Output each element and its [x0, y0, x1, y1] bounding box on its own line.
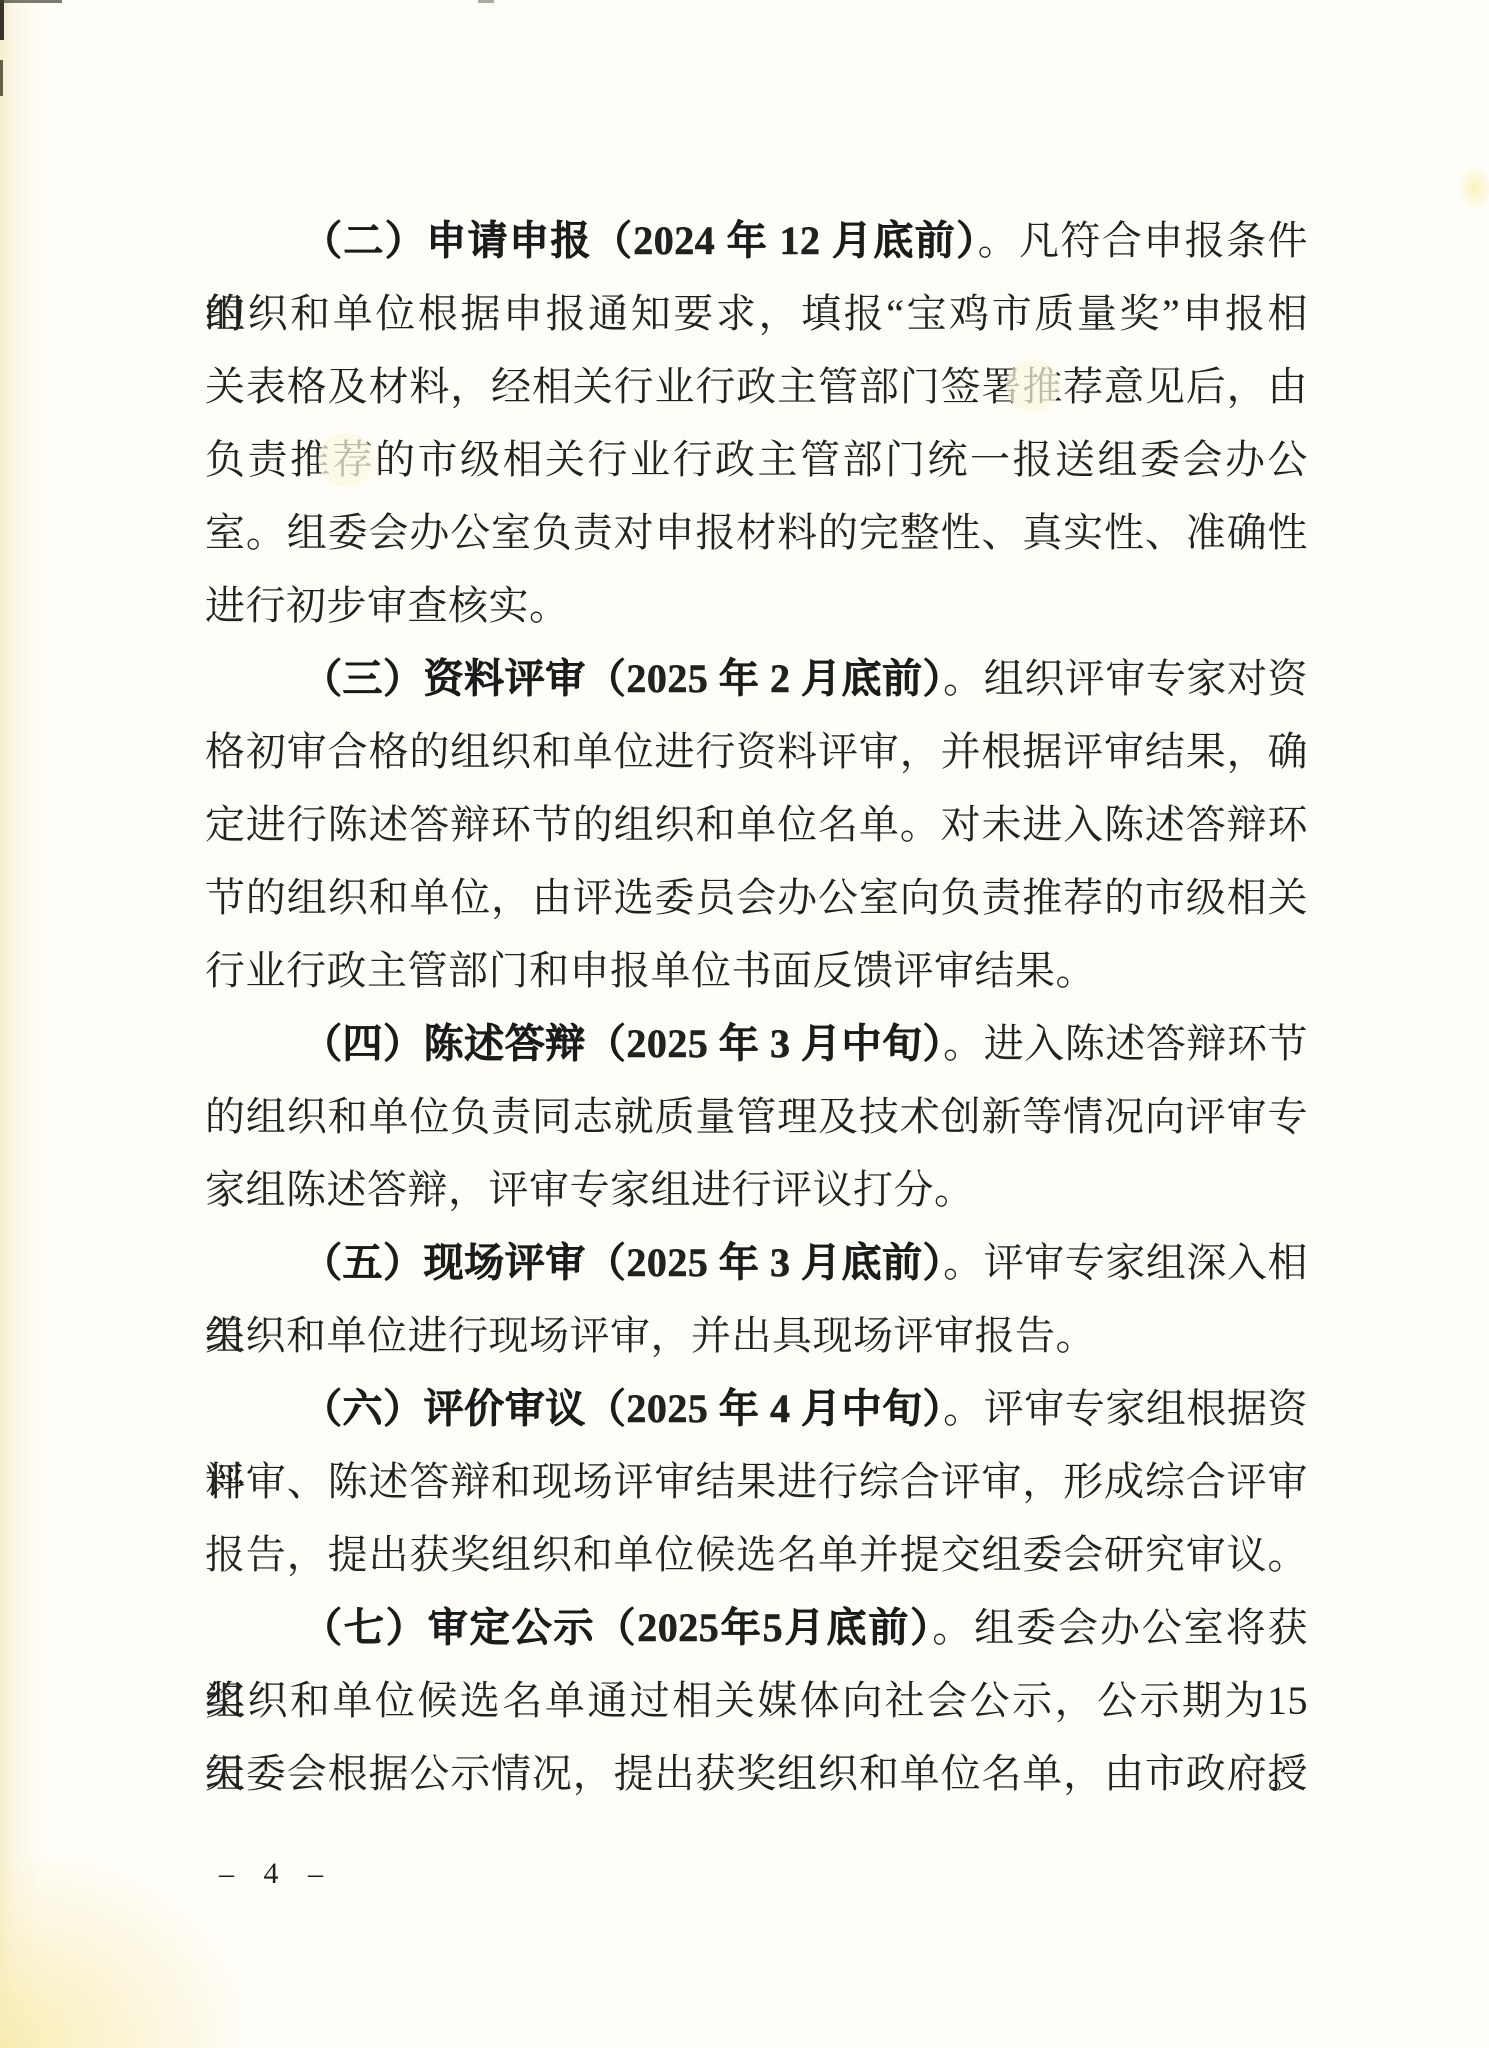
- line-text: 。组织评审专家对资: [943, 656, 1308, 701]
- text-line: 组织和单位候选名单通过相关媒体向社会公示，公示期为15天。: [205, 1664, 1308, 1737]
- line-text: 节的组织和单位，由评选委员会办公室向负责推荐的市级相关: [205, 875, 1308, 920]
- line-text: 的组织和单位负责同志就质量管理及技术创新等情况向评审专: [205, 1094, 1308, 1139]
- text-line: 组织和单位进行现场评审，并出具现场评审报告。: [205, 1299, 1308, 1372]
- text-line: （三）资料评审（2025 年 2 月底前）。组织评审专家对资: [205, 642, 1308, 715]
- line-text: 室。组委会办公室负责对申报材料的完整性、真实性、准确性: [205, 510, 1308, 555]
- scan-stain-bottom-left: [0, 1858, 240, 2048]
- line-text: 格初审合格的组织和单位进行资料评审，并根据评审结果，确: [205, 729, 1308, 774]
- section-heading: （六）评价审议（2025 年 4 月中旬）: [302, 1386, 943, 1431]
- line-text: 组织和单位根据申报通知要求，填报“宝鸡市质量奖”申报相: [205, 291, 1308, 336]
- line-text: 负责推荐的市级相关行业行政主管部门统一报送组委会办公: [205, 437, 1308, 482]
- text-line: 格初审合格的组织和单位进行资料评审，并根据评审结果，确: [205, 715, 1308, 788]
- line-text: 行业行政主管部门和申报单位书面反馈评审结果。: [205, 948, 1096, 993]
- document-body: （二）申请申报（2024 年 12 月底前）。凡符合申报条件的 组织和单位根据申…: [205, 204, 1308, 1810]
- section-heading: （二）申请申报（2024 年 12 月底前）: [302, 218, 978, 263]
- section-heading: （三）资料评审（2025 年 2 月底前）: [302, 656, 943, 701]
- text-line: （四）陈述答辩（2025 年 3 月中旬）。进入陈述答辩环节: [205, 1007, 1308, 1080]
- text-line: （五）现场评审（2025 年 3 月底前）。评审专家组深入相关: [205, 1226, 1308, 1299]
- line-text: 。进入陈述答辩环节: [943, 1021, 1308, 1066]
- text-line: （七）审定公示（2025年5月底前）。组委会办公室将获奖: [205, 1591, 1308, 1664]
- scan-mark-top-edge: [0, 0, 62, 3]
- line-text: 组织和单位进行现场评审，并出具现场评审报告。: [205, 1313, 1096, 1358]
- line-text: 评审、陈述答辩和现场评审结果进行综合评审，形成综合评审: [205, 1459, 1308, 1504]
- section-heading: （五）现场评审（2025 年 3 月底前）: [302, 1240, 943, 1285]
- text-line: 行业行政主管部门和申报单位书面反馈评审结果。: [205, 934, 1308, 1007]
- section-heading: （七）审定公示（2025年5月底前）: [302, 1605, 932, 1650]
- text-line: （六）评价审议（2025 年 4 月中旬）。评审专家组根据资料: [205, 1372, 1308, 1445]
- text-line: 的组织和单位负责同志就质量管理及技术创新等情况向评审专: [205, 1080, 1308, 1153]
- scan-smudge-top-right: [1458, 166, 1489, 210]
- text-line: （二）申请申报（2024 年 12 月底前）。凡符合申报条件的: [205, 204, 1308, 277]
- text-line: 评审、陈述答辩和现场评审结果进行综合评审，形成综合评审: [205, 1445, 1308, 1518]
- scan-mark-left-edge: [0, 60, 3, 96]
- page-number: – 4 –: [219, 1854, 325, 1894]
- line-text: 组委会根据公示情况，提出获奖组织和单位名单，由市政府授: [205, 1751, 1308, 1796]
- text-line: 家组陈述答辩，评审专家组进行评议打分。: [205, 1153, 1308, 1226]
- text-line: 室。组委会办公室负责对申报材料的完整性、真实性、准确性: [205, 496, 1308, 569]
- line-text: 家组陈述答辩，评审专家组进行评议打分。: [205, 1167, 975, 1212]
- text-line: 关表格及材料，经相关行业行政主管部门签署推荐意见后，由: [205, 350, 1308, 423]
- scan-speck-top: [478, 0, 494, 3]
- text-line: 负责推荐的市级相关行业行政主管部门统一报送组委会办公: [205, 423, 1308, 496]
- text-line: 组织和单位根据申报通知要求，填报“宝鸡市质量奖”申报相: [205, 277, 1308, 350]
- text-line: 报告，提出获奖组织和单位候选名单并提交组委会研究审议。: [205, 1518, 1308, 1591]
- text-line: 定进行陈述答辩环节的组织和单位名单。对未进入陈述答辩环: [205, 788, 1308, 861]
- line-text: 进行初步审查核实。: [205, 583, 570, 628]
- text-line: 组委会根据公示情况，提出获奖组织和单位名单，由市政府授: [205, 1737, 1308, 1810]
- scan-mark-top-left: [0, 0, 4, 40]
- section-heading: （四）陈述答辩（2025 年 3 月中旬）: [302, 1021, 943, 1066]
- line-text: 报告，提出获奖组织和单位候选名单并提交组委会研究审议。: [205, 1532, 1308, 1577]
- scan-edge-tint-left: [0, 0, 40, 2048]
- text-line: 进行初步审查核实。: [205, 569, 1308, 642]
- scanned-document-page: （二）申请申报（2024 年 12 月底前）。凡符合申报条件的 组织和单位根据申…: [0, 0, 1489, 2048]
- line-text: 关表格及材料，经相关行业行政主管部门签署推荐意见后，由: [205, 364, 1308, 409]
- text-line: 节的组织和单位，由评选委员会办公室向负责推荐的市级相关: [205, 861, 1308, 934]
- line-text: 定进行陈述答辩环节的组织和单位名单。对未进入陈述答辩环: [205, 802, 1308, 847]
